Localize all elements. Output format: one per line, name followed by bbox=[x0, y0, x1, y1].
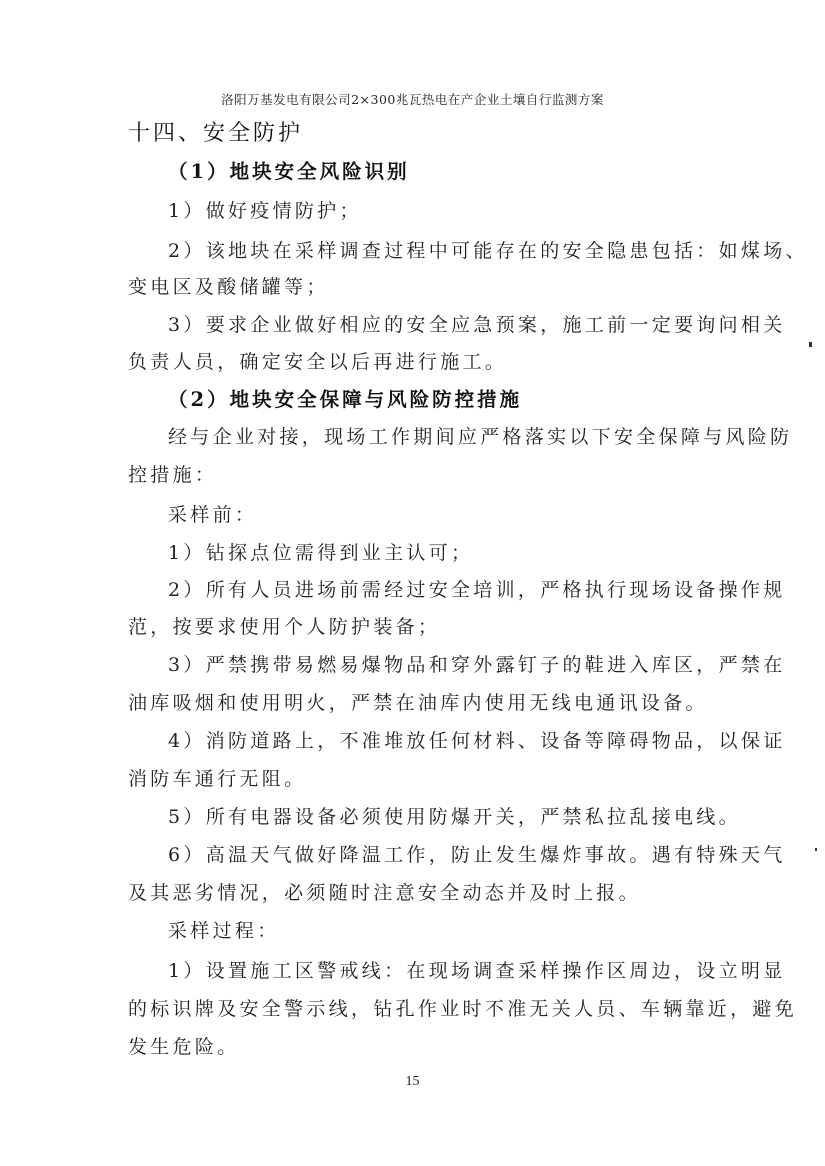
paragraph-line: 5）所有电器设备必须使用防爆开关，严禁私拉乱接电线。 bbox=[168, 802, 741, 829]
paragraph-line: 1）做好疫情防护； bbox=[168, 196, 362, 223]
running-header: 洛阳万基发电有限公司2×300兆瓦热电在产企业土壤自行监测方案 bbox=[0, 90, 825, 108]
paragraph-line: 及其恶劣情况，必须随时注意安全动态并及时上报。 bbox=[128, 878, 641, 905]
subsection-title-2: （2）地块安全保障与风险防控措施 bbox=[168, 384, 522, 412]
subsection-title-1: （1）地块安全风险识别 bbox=[168, 156, 410, 184]
paragraph-line: 变电区及酸储罐等； bbox=[128, 272, 329, 299]
paragraph-line: 1）钻探点位需得到业主认可； bbox=[168, 538, 473, 565]
paragraph-line: 3）要求企业做好相应的安全应急预案，施工前一定要询问相关 bbox=[168, 310, 786, 337]
paragraph-line: 发生危险。 bbox=[128, 1032, 240, 1059]
paragraph-line: 1）设置施工区警戒线：在现场调查采样操作区周边，设立明显 bbox=[168, 956, 786, 983]
paragraph-line: 6）高温天气做好降温工作，防止发生爆炸事故。遇有特殊天气 bbox=[168, 840, 786, 867]
paragraph-line: 4）消防道路上，不准堆放任何材料、设备等障碍物品，以保证 bbox=[168, 726, 786, 753]
paragraph-line: 负责人员，确定安全以后再进行施工。 bbox=[128, 347, 507, 374]
paragraph-line: 经与企业对接，现场工作期间应严格落实以下安全保障与风险防 bbox=[168, 422, 792, 449]
label-during-sampling: 采样过程： bbox=[168, 916, 280, 943]
paragraph-line: 2）所有人员进场前需经过安全培训，严格执行现场设备操作规 bbox=[168, 575, 786, 602]
scan-speck bbox=[809, 342, 812, 347]
paragraph-line: 2）该地块在采样调查过程中可能存在的安全隐患包括：如煤场、 bbox=[168, 236, 808, 263]
scan-speck bbox=[815, 848, 817, 851]
paragraph-line: 3）严禁携带易燃易爆物品和穿外露钉子的鞋进入库区，严禁在 bbox=[168, 650, 786, 677]
paragraph-line: 控措施： bbox=[128, 460, 217, 487]
paragraph-line: 消防车通行无阻。 bbox=[128, 764, 306, 791]
section-title: 十四、安全防护 bbox=[128, 116, 303, 147]
paragraph-line: 的标识牌及安全警示线，钻孔作业时不准无关人员、车辆靠近，避免 bbox=[128, 994, 797, 1021]
paragraph-line: 范，按要求使用个人防护装备； bbox=[128, 612, 440, 639]
paragraph-line: 油库吸烟和使用明火，严禁在油库内使用无线电通讯设备。 bbox=[128, 688, 708, 715]
label-before-sampling: 采样前： bbox=[168, 500, 257, 527]
page-number: 15 bbox=[0, 1074, 825, 1090]
